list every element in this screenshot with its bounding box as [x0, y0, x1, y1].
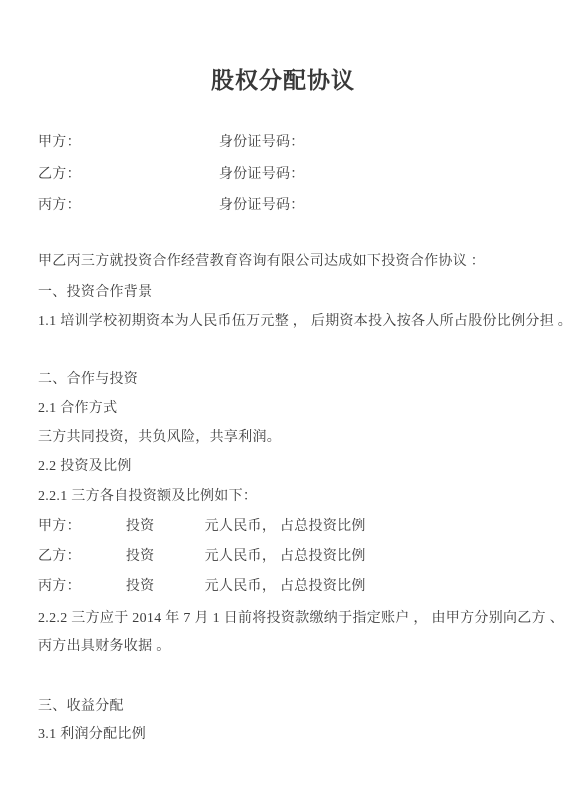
clause-2-2-2-line-1: 2.2.2 三方应于 2014 年 7 月 1 日前将投资款缴纳于指定账户 ， …: [38, 610, 548, 627]
party-b-label: 乙方：: [38, 166, 215, 183]
clause-2-2-2-line-2: 丙方出具财务收据 。: [38, 638, 548, 655]
investment-party-c-label: 丙方：: [38, 578, 122, 595]
investment-party-a-invest-label: 投资: [126, 518, 201, 535]
party-c-label: 丙方：: [38, 197, 215, 214]
party-b-id-label: 身份证号码：: [219, 167, 305, 182]
clause-3-1: 3.1 利润分配比例: [38, 726, 548, 743]
document-title: 股权分配协议: [0, 62, 566, 95]
clause-2-2-1: 2.2.1 三方各自投资额及比例如下：: [38, 488, 548, 505]
clause-2-1-body: 三方共同投资，共负风险，共享利润。: [38, 429, 548, 446]
section-1-heading: 一、投资合作背景: [38, 284, 548, 301]
investment-party-b-label: 乙方：: [38, 548, 122, 565]
document-page: 股权分配协议 甲方： 身份证号码： 乙方： 身份证号码： 丙方： 身份证号码： …: [0, 0, 566, 800]
investment-party-a-label: 甲方：: [38, 518, 122, 535]
clause-2-2-heading: 2.2 投资及比例: [38, 458, 548, 475]
clause-2-1-heading: 2.1 合作方式: [38, 400, 548, 417]
intro-paragraph: 甲乙丙三方就投资合作经营教育咨询有限公司达成如下投资合作协议 ：: [38, 253, 548, 270]
party-c-row: 丙方： 身份证号码：: [38, 197, 548, 214]
clause-1-1: 1.1 培训学校初期资本为人民币伍万元整 ， 后期资本投入按各人所占股份比例分担…: [38, 313, 548, 330]
investment-row-party-c: 丙方： 投资 元人民币， 占总投资比例: [38, 578, 548, 595]
investment-party-c-amount-label: 元人民币， 占总投资比例: [205, 579, 366, 594]
party-a-label: 甲方：: [38, 134, 215, 151]
investment-row-party-b: 乙方： 投资 元人民币， 占总投资比例: [38, 548, 548, 565]
section-3-heading: 三、收益分配: [38, 698, 548, 715]
investment-row-party-a: 甲方： 投资 元人民币， 占总投资比例: [38, 518, 548, 535]
section-2-heading: 二、合作与投资: [38, 371, 548, 388]
party-c-id-label: 身份证号码：: [219, 198, 305, 213]
party-b-row: 乙方： 身份证号码：: [38, 166, 548, 183]
investment-party-a-amount-label: 元人民币， 占总投资比例: [205, 519, 366, 534]
party-a-row: 甲方： 身份证号码：: [38, 134, 548, 151]
investment-party-c-invest-label: 投资: [126, 578, 201, 595]
investment-party-b-invest-label: 投资: [126, 548, 201, 565]
party-a-id-label: 身份证号码：: [219, 135, 305, 150]
investment-party-b-amount-label: 元人民币， 占总投资比例: [205, 549, 366, 564]
